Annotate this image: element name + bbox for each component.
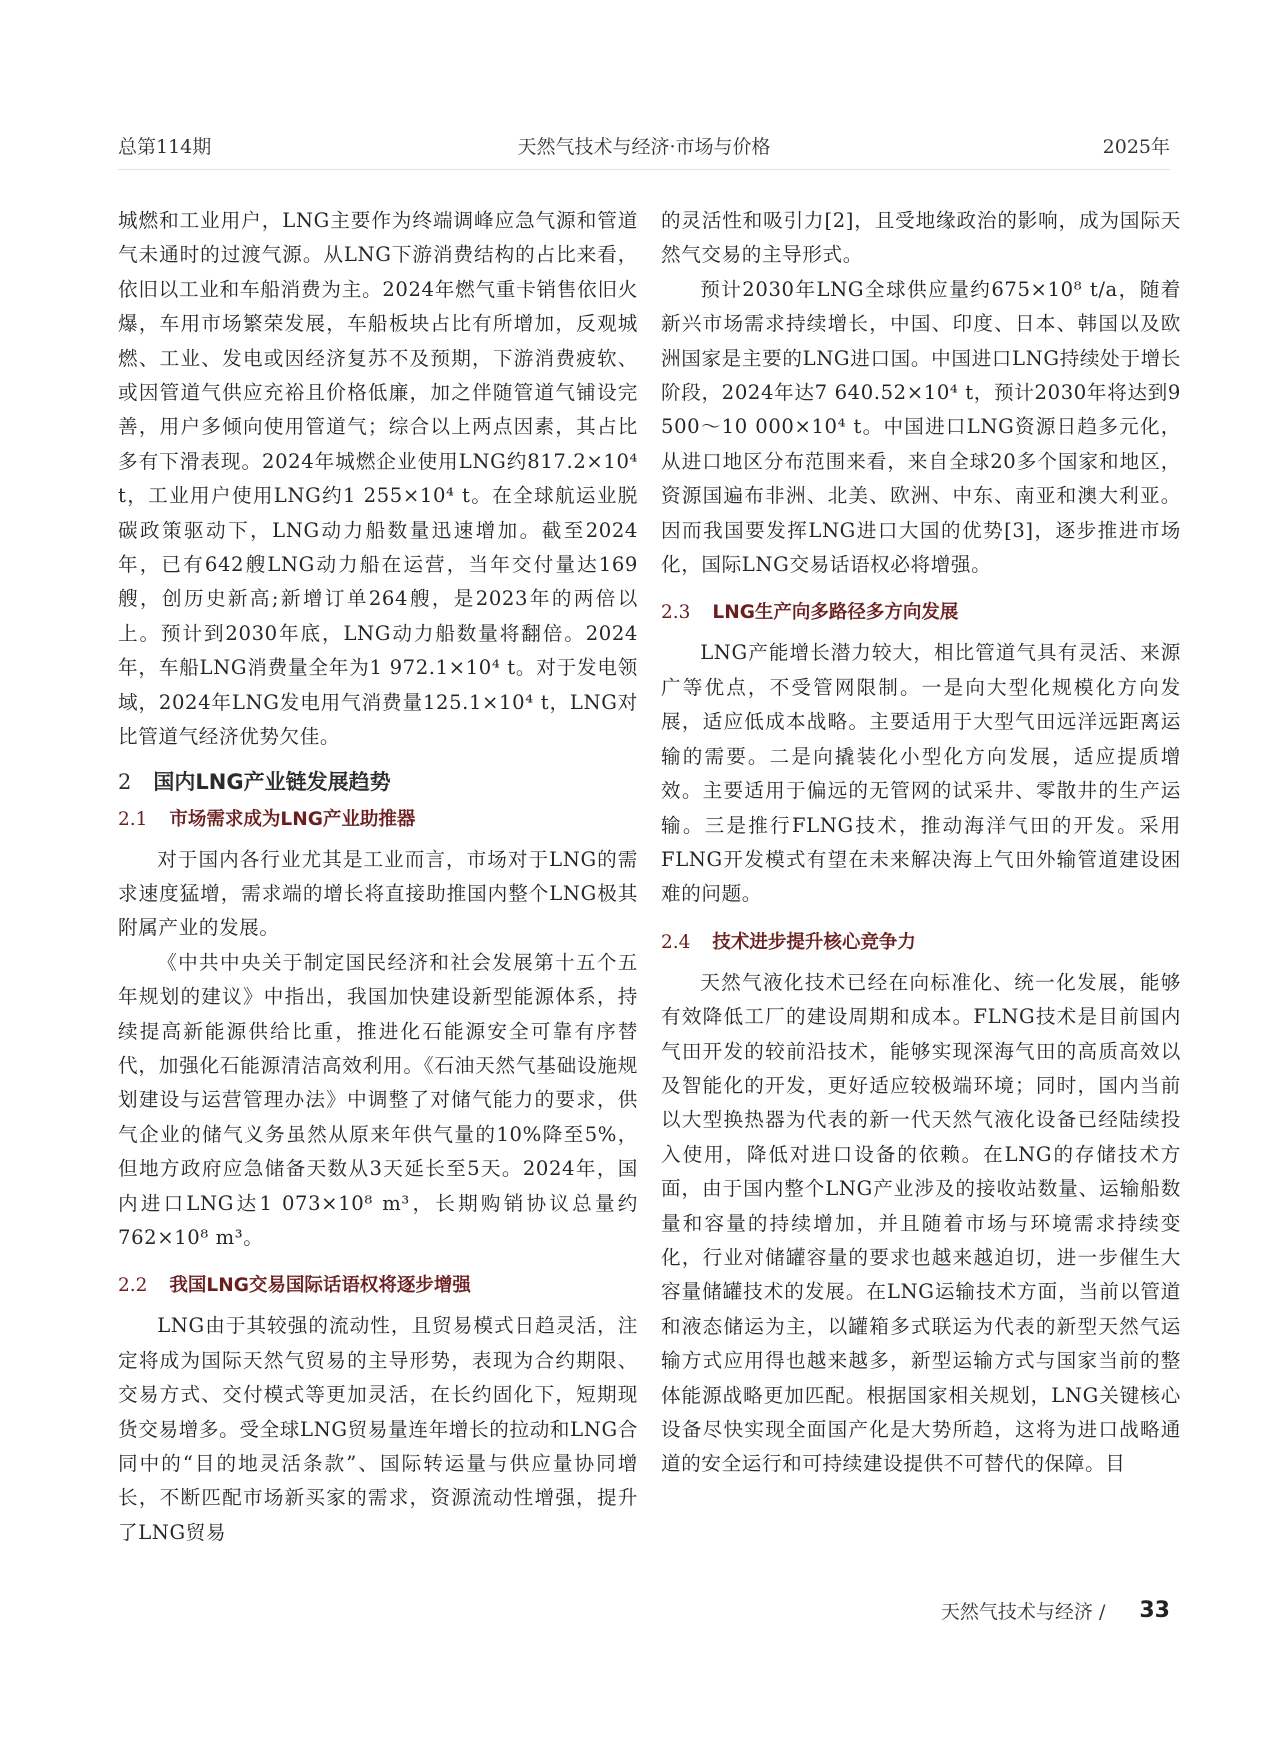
paragraph-2-4: 天然气液化技术已经在向标准化、统一化发展，能够有效降低工厂的建设周期和成本。FL… [661,966,1181,1482]
subsection-heading-2-1: 2.1市场需求成为LNG产业助推器 [118,803,638,837]
paragraph-2-2-a: LNG由于其较强的流动性，且贸易模式日趋灵活，注定将成为国际天然气贸易的主导形势… [118,1309,638,1550]
right-column: 的灵活性和吸引力[2]，且受地缘政治的影响，成为国际天然气交易的主导形式。 预计… [661,204,1181,1482]
paragraph-2-3: LNG产能增长潜力较大，相比管道气具有灵活、来源广等优点，不受管网限制。一是向大… [661,636,1181,911]
publication-year: 2025年 [1103,132,1170,159]
journal-section: 天然气技术与经济·市场与价格 [118,132,1170,159]
subsection-heading-2-4: 2.4技术进步提升核心竞争力 [661,926,1181,960]
paragraph-2-1-a: 对于国内各行业尤其是工业而言，市场对于LNG的需求速度猛增，需求端的增长将直接助… [118,843,638,946]
subsection-number: 2.3 [661,602,690,623]
paragraph-lng-consumption: 城燃和工业用户，LNG主要作为终端调峰应急气源和管道气未通时的过渡气源。从LNG… [118,204,638,755]
paragraph-2-2-b: 预计2030年LNG全球供应量约675×10⁸ t/a，随着新兴市场需求持续增长… [661,273,1181,583]
subsection-number: 2.4 [661,932,690,953]
header-divider [118,169,1170,170]
subsection-heading-2-2: 2.2我国LNG交易国际话语权将逐步增强 [118,1269,638,1303]
subsection-title: 技术进步提升核心竞争力 [712,932,916,953]
left-column: 城燃和工业用户，LNG主要作为终端调峰应急气源和管道气未通时的过渡气源。从LNG… [118,204,638,1550]
subsection-title: 我国LNG交易国际话语权将逐步增强 [169,1275,470,1296]
subsection-number: 2.1 [118,809,147,830]
subsection-number: 2.2 [118,1275,147,1296]
subsection-title: 市场需求成为LNG产业助推器 [169,809,415,830]
subsection-heading-2-3: 2.3LNG生产向多路径多方向发展 [661,596,1181,630]
section-title: 国内LNG产业链发展趋势 [153,770,390,794]
subsection-title: LNG生产向多路径多方向发展 [712,602,958,623]
section-number: 2 [118,770,131,794]
paragraph-2-2-a-continued: 的灵活性和吸引力[2]，且受地缘政治的影响，成为国际天然气交易的主导形式。 [661,204,1181,273]
running-footer: 天然气技术与经济 / 33 [941,1590,1170,1630]
paragraph-2-1-b: 《中共中央关于制定国民经济和社会发展第十五个五年规划的建议》中指出，我国加快建设… [118,946,638,1256]
section-heading-2: 2国内LNG产业链发展趋势 [118,765,638,799]
footer-journal-name: 天然气技术与经济 / [941,1597,1105,1624]
running-header: 总第114期 天然气技术与经济·市场与价格 2025年 [118,132,1170,168]
page-number: 33 [1139,1598,1170,1623]
